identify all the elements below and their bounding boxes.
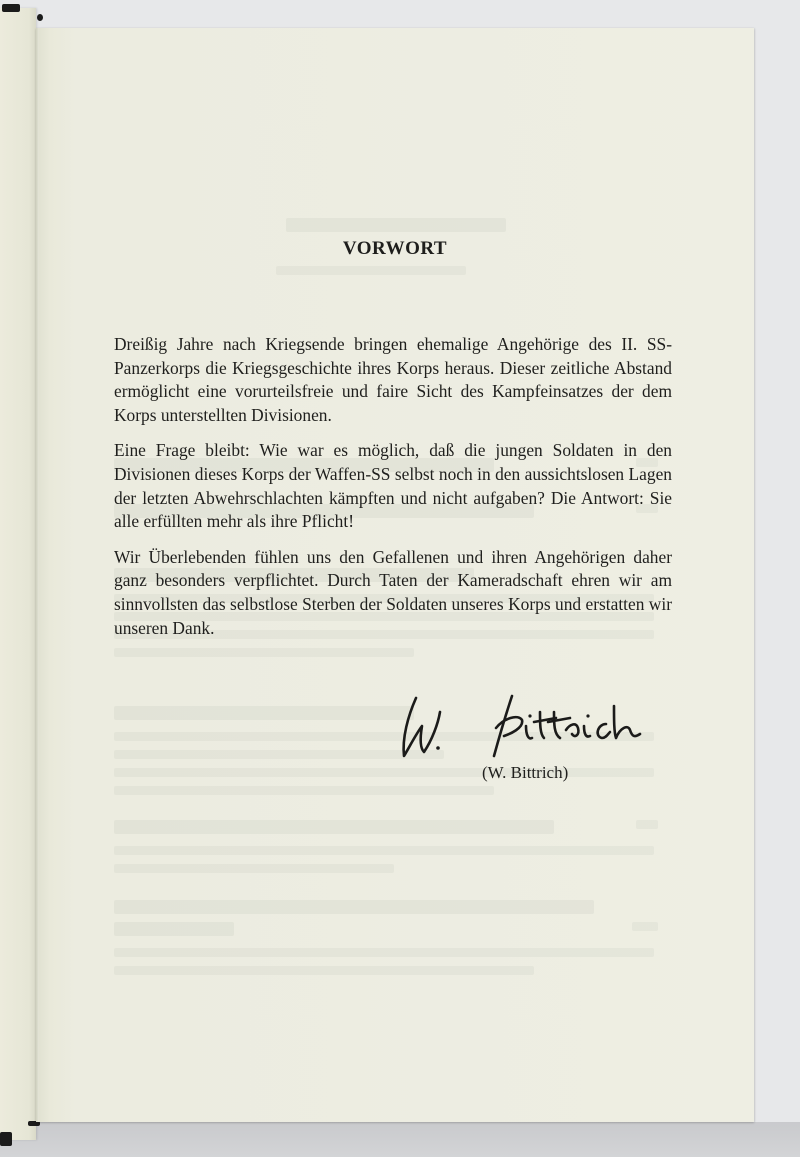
foreword-body: Dreißig Jahre nach Kriegsende bringen eh… xyxy=(114,333,672,652)
previous-page-edge xyxy=(0,8,36,1140)
book-cover-corner-top xyxy=(2,4,20,12)
book-cover-corner-bottom xyxy=(0,1132,12,1146)
handwritten-signature xyxy=(394,690,674,762)
signatory-name: (W. Bittrich) xyxy=(36,763,754,783)
book-cover-corner-top-inner xyxy=(37,14,43,21)
book-page: VORWORT Dreißig Jahre nach Kriegsende br… xyxy=(36,28,754,1122)
page-gutter xyxy=(36,28,39,1122)
table-surface xyxy=(0,1122,800,1157)
paragraph: Eine Frage bleibt: Wie war es möglich, d… xyxy=(114,439,672,533)
paragraph: Dreißig Jahre nach Kriegsende bringen eh… xyxy=(114,333,672,427)
paragraph: Wir Überlebenden fühlen uns den Gefallen… xyxy=(114,546,672,640)
page-title: VORWORT xyxy=(36,238,754,260)
